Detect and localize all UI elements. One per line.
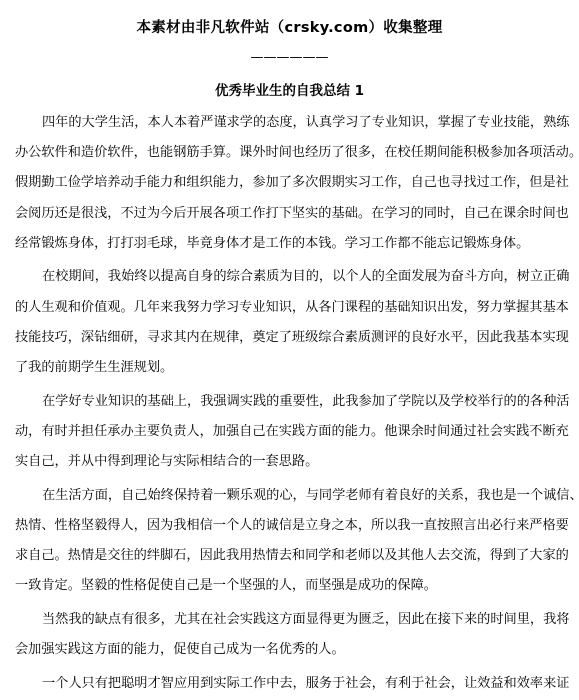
document-body: 四年的大学生活，本人本着严谨求学的态度，认真学习了专业知识，掌握了专业技能，熟练… — [15, 108, 568, 700]
document-page: 本素材由非凡软件站（crsky.com）收集整理 —————— 优秀毕业生的自我… — [0, 0, 579, 700]
text-line: 假期勤工俭学培养动手能力和组织能力，参加了多次假期实习工作，自己也寻找过工作，但… — [15, 168, 568, 198]
document-header: 本素材由非凡软件站（crsky.com）收集整理 — [0, 17, 579, 39]
text-line: 的人生观和价值观。几年来我努力学习专业知识，从各门课程的基础知识出发，努力掌握其… — [15, 293, 568, 323]
text-line: 当然我的缺点有很多，尤其在社会实践这方面显得更为匮乏，因此在接下来的时间里，我将 — [15, 605, 568, 635]
paragraph-1: 四年的大学生活，本人本着严谨求学的态度，认真学习了专业知识，掌握了专业技能，熟练… — [15, 108, 568, 259]
text-line: 会加强实践这方面的能力，促使自己成为一名优秀的人。 — [15, 635, 568, 665]
text-line: 热情、性格坚毅得人，因为我相信一个人的诚信是立身之本，所以我一直按照言出必行来严… — [15, 511, 568, 541]
paragraph-2: 在校期间，我始终以提高自身的综合素质为目的，以个人的全面发展为奋斗方向，树立正确… — [15, 262, 568, 383]
text-line: 四年的大学生活，本人本着严谨求学的态度，认真学习了专业知识，掌握了专业技能，熟练 — [15, 108, 568, 138]
text-line: 在学好专业知识的基础上，我强调实践的重要性，此我参加了学院以及学校举行的的各种活 — [15, 387, 568, 417]
text-line: 动，有时并担任承办主要负责人，加强自己在实践方面的能力。他课余时间通过社会实践不… — [15, 417, 568, 447]
text-line: 一个人只有把聪明才智应用到实际工作中去，服务于社会，有利于社会，让效益和效率来证 — [15, 669, 568, 699]
paragraph-3: 在学好专业知识的基础上，我强调实践的重要性，此我参加了学院以及学校举行的的各种活… — [15, 387, 568, 478]
text-line: 实自己，并从中得到理论与实际相结合的一套思路。 — [15, 447, 568, 477]
divider-line: —————— — [0, 48, 579, 68]
paragraph-6: 一个人只有把聪明才智应用到实际工作中去，服务于社会，有利于社会，让效益和效率来证 — [15, 669, 568, 699]
text-line: 一致肯定。坚毅的性格促使自己是一个坚强的人，而坚强是成功的保障。 — [15, 571, 568, 601]
paragraph-4: 在生活方面，自己始终保持着一颗乐观的心，与同学老师有着良好的关系，我也是一个诚信… — [15, 481, 568, 602]
text-line: 办公软件和造价软件，也能钢筋手算。课外时间也经历了很多，在校任期间能积极参加各项… — [15, 138, 568, 168]
text-line: 在生活方面，自己始终保持着一颗乐观的心，与同学老师有着良好的关系，我也是一个诚信… — [15, 481, 568, 511]
text-line: 在校期间，我始终以提高自身的综合素质为目的，以个人的全面发展为奋斗方向，树立正确 — [15, 262, 568, 292]
text-line: 经常锻炼身体，打打羽毛球，毕竟身体才是工作的本钱。学习工作都不能忘记锻炼身体。 — [15, 229, 568, 259]
paragraph-5: 当然我的缺点有很多，尤其在社会实践这方面显得更为匮乏，因此在接下来的时间里，我将… — [15, 605, 568, 665]
text-line: 求自己。热情是交往的绊脚石，因此我用热情去和同学和老师以及其他人去交流，得到了大… — [15, 541, 568, 571]
text-line: 技能技巧，深钻细研，寻求其内在规律，奠定了班级综合素质测评的良好水平，因此我基本… — [15, 323, 568, 353]
text-line: 了我的前期学生生涯规划。 — [15, 353, 568, 383]
text-line: 会阅历还是很浅，不过为今后开展各项工作打下坚实的基础。在学习的同时，自己在课余时… — [15, 199, 568, 229]
document-title: 优秀毕业生的自我总结 1 — [0, 80, 579, 102]
